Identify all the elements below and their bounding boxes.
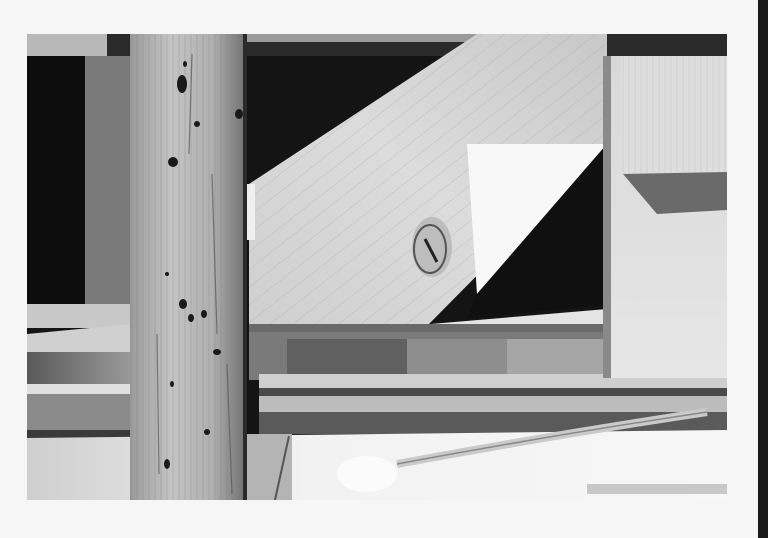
photograph (27, 34, 727, 500)
scanner-edge (758, 0, 768, 538)
photo-scene (27, 34, 727, 500)
